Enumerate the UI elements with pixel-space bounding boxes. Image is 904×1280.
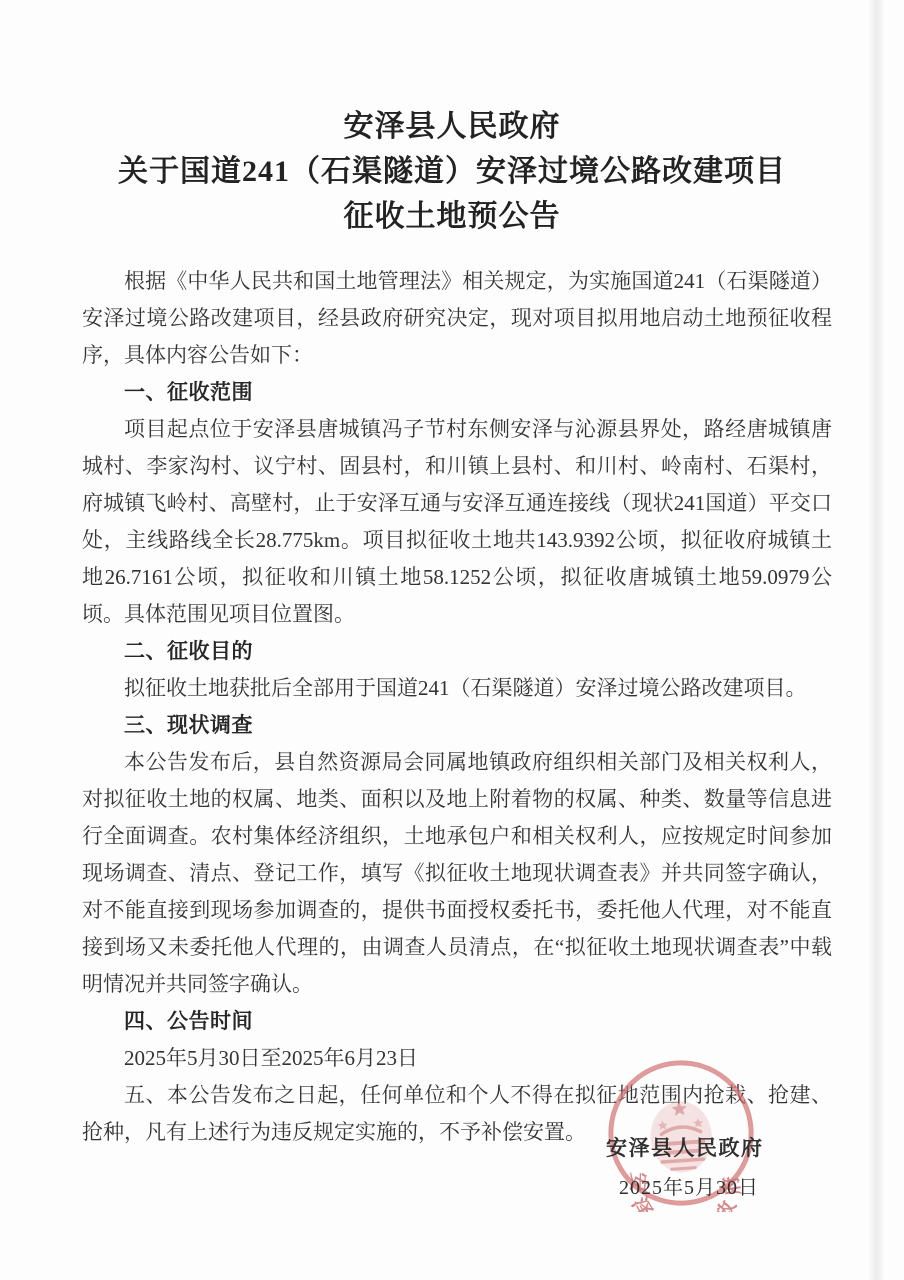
section-heading-2: 二、征收目的 [82,633,832,670]
document-title: 安泽县人民政府 关于国道241（石渠隧道）安泽过境公路改建项目 征收土地预公告 [0,0,904,239]
intro-paragraph: 根据《中华人民共和国土地管理法》相关规定，为实施国道241（石渠隧道）安泽过境公… [82,263,832,374]
signature-name: 安泽县人民政府 [606,1132,756,1162]
signature-date: 2025年5月30日 [619,1171,759,1200]
title-line-2: 关于国道241（石渠隧道）安泽过境公路改建项目 [0,149,904,194]
section-1-paragraph: 项目起点位于安泽县唐城镇冯子节村东侧安泽与沁源县界处，路经唐城镇唐城村、李家沟村… [82,411,832,633]
section-heading-4: 四、公告时间 [82,1003,832,1040]
announcement-document: 安泽县人民政府 关于国道241（石渠隧道）安泽过境公路改建项目 征收土地预公告 … [0,0,904,1280]
section-heading-1: 一、征收范围 [82,374,832,411]
title-line-3: 征收土地预公告 [0,194,904,239]
document-body: 根据《中华人民共和国土地管理法》相关规定，为实施国道241（石渠隧道）安泽过境公… [82,263,832,1151]
section-heading-3: 三、现状调查 [82,707,832,744]
section-3-paragraph: 本公告发布后，县自然资源局会同属地镇政府组织相关部门及相关权利人，对拟征收土地的… [82,744,832,1003]
title-line-1: 安泽县人民政府 [0,104,904,149]
section-2-paragraph: 拟征收土地获批后全部用于国道241（石渠隧道）安泽过境公路改建项目。 [82,670,832,707]
